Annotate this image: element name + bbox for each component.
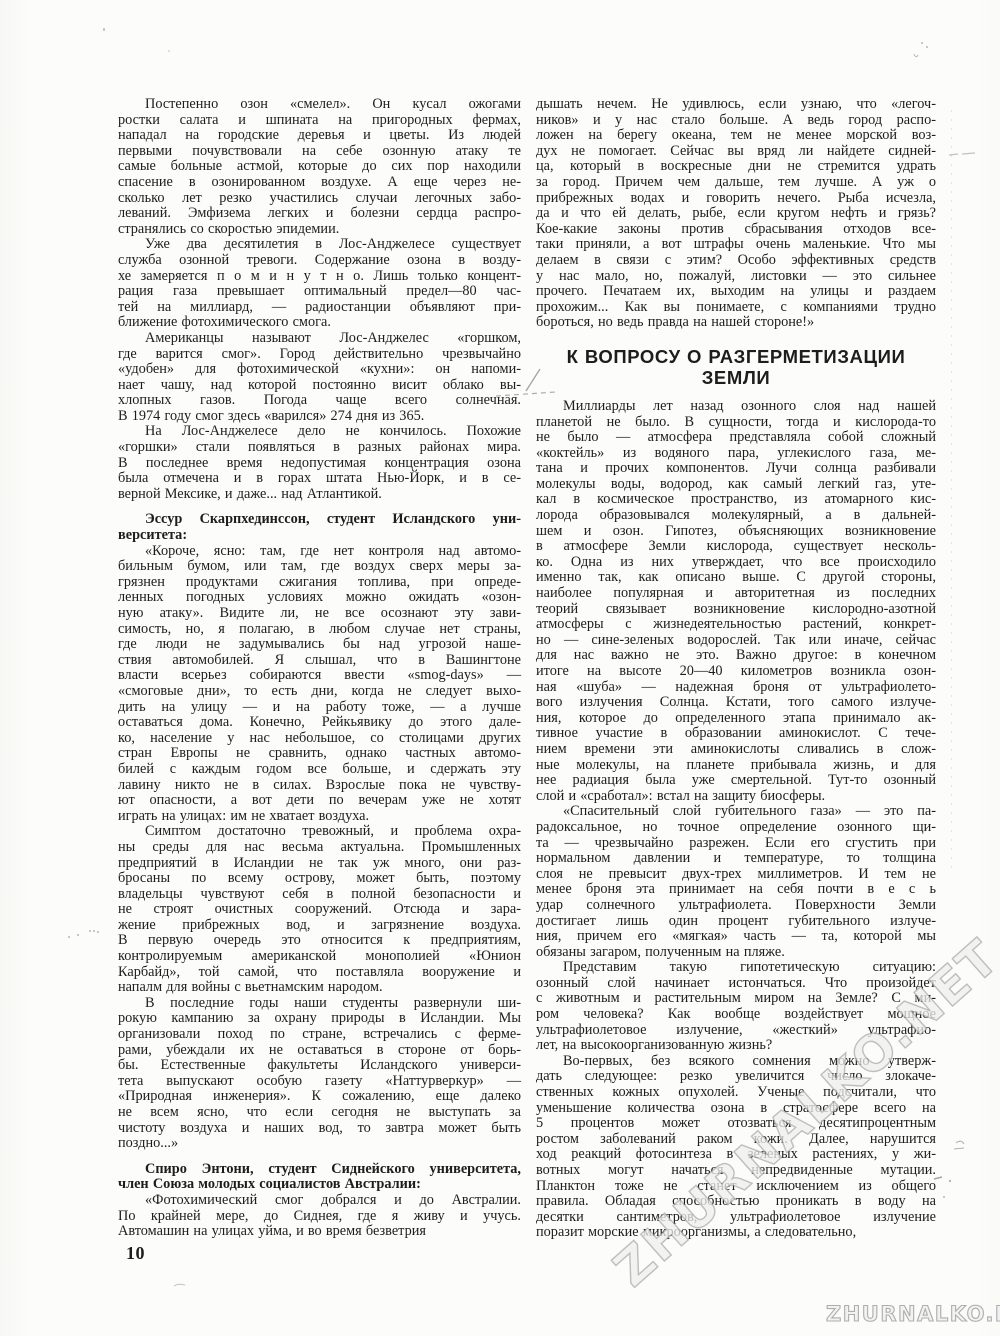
text-line: поразит морские микроорганизмы, а следов…	[536, 1225, 936, 1241]
text-line: дить на улицу — и на работу тоже, — а лу…	[118, 700, 521, 716]
text-line: власти всерьез собираются ввести «smog-d…	[118, 668, 521, 684]
text-line: радоксальное, но точное определение озон…	[536, 820, 936, 836]
text-line: «Природная инженерия». К сожалению, еще …	[118, 1089, 521, 1105]
text-line: контролируемым американской монополией «…	[118, 949, 521, 965]
text-line: тей на миллиард, — радиостанции объявляю…	[118, 300, 521, 316]
text-line: ца, который в воскресные дни не стремитс…	[536, 159, 936, 175]
text-line: Симптом достаточно тревожный, и проблема…	[118, 824, 521, 840]
text-line: предприятий в Исландии не так уж много, …	[118, 856, 521, 872]
text-line: менее броня эта принимает на себя почти …	[536, 882, 936, 898]
paragraph: В последние годы наши студенты развернул…	[118, 996, 521, 1152]
text-line: хе замеряется п о м и н у т н о. Лишь то…	[118, 269, 521, 285]
scan-mark	[948, 150, 978, 158]
scan-speck	[168, 50, 170, 52]
text-line: рация газа превышает оптимальный предел—…	[118, 284, 521, 300]
text-line: ния, которое до определенного этапа прин…	[536, 711, 936, 727]
text-line: достигает лишь один процент губительного…	[536, 914, 936, 930]
scan-mark	[172, 1280, 188, 1290]
text-line: обязаны загаром, полученным на пляже.	[536, 945, 936, 961]
paragraph: Представим такую гипотетическую ситуацию…	[536, 960, 936, 1054]
text-line: слой и «сработал»: встал на защиту биосф…	[536, 789, 936, 805]
text-line: уменьшение количества озона в стратосфер…	[536, 1101, 936, 1117]
text-line: дышать нечем. Не удивлюсь, если узнаю, ч…	[536, 97, 936, 113]
scan-mark	[66, 925, 106, 945]
text-line: Миллиарды лет назад озонного слоя над на…	[536, 399, 936, 415]
text-line: ная «шуба» — надежная броня от ультрафио…	[536, 680, 936, 696]
page-number: 10	[126, 1243, 145, 1264]
text-line: атмосферы с жизнедеятельностью растений,…	[536, 617, 936, 633]
text-line: рами, убеждали их не оставаться в сторон…	[118, 1043, 521, 1059]
text-line: теорий связывает возникновение кислородн…	[536, 602, 936, 618]
text-line: рокую кампанию за охрану природы в Ислан…	[118, 1011, 521, 1027]
paragraph: Американцы называют Лос-Анджелес «горшко…	[118, 331, 521, 425]
text-line: нает чашу, над которой постоянно висит о…	[118, 378, 521, 394]
text-line: Спиро Энтони, студент Сиднейского универ…	[118, 1162, 521, 1178]
scan-edge-noise	[951, 110, 952, 870]
text-line: ют опасности, а вот дети по вечерам уже …	[118, 793, 521, 809]
text-line: ников» и у нас стало больше. А ведь горо…	[536, 113, 936, 129]
text-line: нападал на городские деревья и цветы. Из…	[118, 128, 521, 144]
text-line: ные молекулы, на планете прибывала жизнь…	[536, 758, 936, 774]
text-line: у нас мало, но, пожалуй, листовки — это …	[536, 269, 936, 285]
text-line: не было — атмосфера представляла собой с…	[536, 430, 936, 446]
text-line: член Союза молодых социалистов Австралии…	[118, 1177, 521, 1193]
text-line: ко, население у нас небольшое, со столиц…	[118, 731, 521, 747]
text-line: бороться, но ведь правда на нашей сторон…	[536, 315, 936, 331]
text-line: верной Мексике, и даже... над Атлантикой…	[118, 487, 521, 503]
text-line: В первую очередь это относится к предпри…	[118, 933, 521, 949]
text-line: нием времени эти аминокислоты сливались …	[536, 742, 936, 758]
speaker-intro: Спиро Энтони, студент Сиднейского универ…	[118, 1162, 521, 1193]
text-line: ход реакций фотосинтеза в зеленых растен…	[536, 1147, 936, 1163]
text-line: В последние годы наши студенты развернул…	[118, 996, 521, 1012]
text-line: нормальном давлении и температуре, то то…	[536, 851, 936, 867]
text-line: билей с каждым годом все больше, и сдерж…	[118, 762, 521, 778]
text-line: тана и прочих компонентов. Лучи солнца р…	[536, 461, 936, 477]
text-line: планетой не было. В сущности, тогда и ки…	[536, 415, 936, 431]
text-line: прохожим... Как вы понимаете, с компания…	[536, 300, 936, 316]
text-line: жение прибрежных вод, и загрязнение возд…	[118, 918, 521, 934]
text-line: нее радиация была уже смертельной. Тут-т…	[536, 773, 936, 789]
text-line: была отмечена и в горах штата Нью-Йорк, …	[118, 471, 521, 487]
text-line: ближение фотохимического смога.	[118, 315, 521, 331]
text-line: «смоговые дни», то есть дни, когда не сл…	[118, 684, 521, 700]
text-line: первыми почувствовали на себе озонную ат…	[118, 144, 521, 160]
text-line: кал в космическое пространство, из атома…	[536, 492, 936, 508]
text-line: владельцы чувствуют себя в полной безопа…	[118, 887, 521, 903]
text-line: не строят очистных сооружений. Отсюда и …	[118, 902, 521, 918]
text-line: По крайней мере, до Сиднея, где я живу и…	[118, 1209, 521, 1225]
text-line: вого излучения Солнца. Кстати, того само…	[536, 695, 936, 711]
paragraph: Симптом достаточно тревожный, и проблема…	[118, 824, 521, 996]
text-line: прибрежных водах и говорить нечего. Рыба…	[536, 191, 936, 207]
text-line: Уже два десятилетия в Лос-Анджелесе суще…	[118, 237, 521, 253]
text-line: Карбайд», той самой, что поставляла воор…	[118, 965, 521, 981]
text-line: та — чрезвычайно разрежен. Если его сгус…	[536, 836, 936, 852]
text-line: шем и озон. Гипотез, объясняющих возникн…	[536, 524, 936, 540]
text-line: «Короче, ясно: там, где нет контроля над…	[118, 544, 521, 560]
text-line: симость, но, я полагаю, в любом случае н…	[118, 622, 521, 638]
text-line: 5 процентов может отозваться десятипроце…	[536, 1116, 936, 1132]
text-line: слоя не превысит двух-трех миллиметров. …	[536, 867, 936, 883]
text-line: за город. Причем чем дальше, тем лучше. …	[536, 175, 936, 191]
text-line: в атмосфере Земли кислорода, существует …	[536, 539, 936, 555]
text-line: где варится смог». Город действительно ч…	[118, 347, 521, 363]
text-line: озонный слой начинает истончаться. Что п…	[536, 976, 936, 992]
text-line: «Фотохимический смог добрался и до Австр…	[118, 1193, 521, 1209]
speaker-intro: Эссур Скарпхединссон, студент Исландског…	[118, 512, 521, 543]
paragraph: Уже два десятилетия в Лос-Анджелесе суще…	[118, 237, 521, 331]
text-line: хлопных газов. Погода чаще всего солнечн…	[118, 393, 521, 409]
text-line: вотных могут начаться непредвиденные мут…	[536, 1163, 936, 1179]
text-line: странялись со скоростью эпидемии.	[118, 222, 521, 238]
paragraph: «Фотохимический смог добрался и до Австр…	[118, 1193, 521, 1240]
text-line: спасение в озонированном воздухе. А еще …	[118, 175, 521, 191]
text-line: организовали поход по стране, встречалис…	[118, 1027, 521, 1043]
text-line: бы. Естественные факультеты Исландского …	[118, 1058, 521, 1074]
text-line: ром человека? Как вообще воздействует мо…	[536, 1007, 936, 1023]
text-line: да и что ей делать, рыбе, если кругом не…	[536, 206, 936, 222]
text-line: верситета:	[118, 528, 521, 544]
text-line: На Лос-Анджелесе дело не кончилось. Похо…	[118, 424, 521, 440]
text-line: тивное участие в образовании аминокислот…	[536, 726, 936, 742]
text-line: ны среды для нас весьма актуальна. Промы…	[118, 840, 521, 856]
text-line: дать следующее: резко увеличится число з…	[536, 1069, 936, 1085]
text-line: ко. Одна из них утверждает, что все прои…	[536, 555, 936, 571]
text-line: ультрафиолетовое излучение, «жесткий» ул…	[536, 1023, 936, 1039]
text-line: дух не помогает. Сейчас вы вряд ли найде…	[536, 144, 936, 160]
paragraph: дышать нечем. Не удивлюсь, если узнаю, ч…	[536, 97, 936, 331]
text-line: сколько лет резко участились случаи лего…	[118, 191, 521, 207]
text-line: для нас важно не это. Важно другое: в ко…	[536, 648, 936, 664]
paragraph: Во-первых, без всякого сомнения можно ут…	[536, 1054, 936, 1241]
text-line: «Спасительный слой губительного газа» — …	[536, 804, 936, 820]
text-line: Кое-какие законы против сбрасывания отхо…	[536, 222, 936, 238]
paragraph: «Короче, ясно: там, где нет контроля над…	[118, 544, 521, 825]
text-line: служба озонной тревоги. Содержание озона…	[118, 253, 521, 269]
pencil-mark	[494, 363, 562, 405]
text-line: Американцы называют Лос-Анджелес «горшко…	[118, 331, 521, 347]
text-line: именно так, как описано выше. С другой с…	[536, 570, 936, 586]
text-line: ния, причем его «мягкая» часть — та, кот…	[536, 929, 936, 945]
scan-mark	[908, 38, 934, 62]
text-line: Планктон тоже не станет исключением из о…	[536, 1179, 936, 1195]
text-line: Представим такую гипотетическую ситуацию…	[536, 960, 936, 976]
text-line: К ВОПРОСУ О РАЗГЕРМЕТИЗАЦИИ ЗЕМЛИ	[536, 346, 936, 388]
text-line: ную атаку». Видите ли, не все осознают э…	[118, 606, 521, 622]
right-text-column: дышать нечем. Не удивлюсь, если узнаю, ч…	[536, 97, 936, 1241]
text-line: стран Европы не сравнить, однако частных…	[118, 746, 521, 762]
text-line: итоге на высоте 20—40 километров возникл…	[536, 664, 936, 680]
text-line: В 1974 году смог здесь «варился» 274 дня…	[118, 409, 521, 425]
text-line: десятки сантиметров, ультрафиолетовое из…	[536, 1210, 936, 1226]
text-line: тета выпускают особую газету «Наттурверк…	[118, 1074, 521, 1090]
text-line: играть на улицах: им не хватает воздуха.	[118, 809, 521, 825]
text-line: правила. Обладая способностью проникать …	[536, 1194, 936, 1210]
text-line: ственных кожных опухолей. Ученые подсчит…	[536, 1085, 936, 1101]
text-line: Автомашин на улицах уйма, и во время без…	[118, 1224, 521, 1240]
text-line: бросаны по всему острову, может быть, по…	[118, 871, 521, 887]
text-line: ложен на берегу океана, тем не менее мор…	[536, 128, 936, 144]
text-line: «коктейль» из водяного пара, углекислого…	[536, 446, 936, 462]
section-heading: К ВОПРОСУ О РАЗГЕРМЕТИЗАЦИИ ЗЕМЛИ	[536, 346, 936, 388]
paragraph: На Лос-Анджелесе дело не кончилось. Похо…	[118, 424, 521, 502]
text-line: лет, на высокоорганизованную жизнь?	[536, 1038, 936, 1054]
text-line: Постепенно озон «смелел». Он кусал ожога…	[118, 97, 521, 113]
text-line: ростом заболеваний раком кожи. Далее, на…	[536, 1132, 936, 1148]
scan-speck	[103, 28, 105, 31]
text-line: ленных погодных условиях можно ожидать «…	[118, 590, 521, 606]
text-line: не всем ясно, что если сегодня не выступ…	[118, 1105, 521, 1121]
text-line: лорода образовывался молекулярный, а в д…	[536, 508, 936, 524]
text-line: напалм для войны с вьетнамским народом.	[118, 980, 521, 996]
text-line: ростки салата и шпината на пригородных ф…	[118, 113, 521, 129]
text-line: удар солнечного ультрафиолета. Поверхнос…	[536, 898, 936, 914]
paragraph: «Спасительный слой губительного газа» — …	[536, 804, 936, 960]
text-line: таки приняли, а вот штрафы очень маленьк…	[536, 237, 936, 253]
text-line: «удобен» для фотохимической «кухни»: он …	[118, 362, 521, 378]
text-line: Во-первых, без всякого сомнения можно ут…	[536, 1054, 936, 1070]
text-line: В последнее время недопустимая концентра…	[118, 456, 521, 472]
left-text-column: Постепенно озон «смелел». Он кусал ожога…	[118, 97, 521, 1240]
text-line: грязнен продуктами сжигания топлива, при…	[118, 575, 521, 591]
text-line: оставаться дома. Конечно, Рейкьявику до …	[118, 715, 521, 731]
text-line: с животным и растительным миром на Земле…	[536, 991, 936, 1007]
text-line: ствия автомобилей. Я слышал, что в Вашин…	[118, 653, 521, 669]
text-line: прочего. Печатаем их, выходим на улицы и…	[536, 284, 936, 300]
text-line: чистоту воздуха и наших вод, то завтра м…	[118, 1121, 521, 1137]
text-line: молекулы воды, водород, как самый легкий…	[536, 477, 936, 493]
text-line: но — сине-зеленых водорослей. Так или ин…	[536, 633, 936, 649]
text-line: «горшки» стали появляться в разных район…	[118, 440, 521, 456]
text-line: самые больные астмой, которые до сих пор…	[118, 159, 521, 175]
text-line: где люди не задумывались бы над угрозой …	[118, 637, 521, 653]
paragraph: Постепенно озон «смелел». Он кусал ожога…	[118, 97, 521, 237]
text-line: наиболее популярная и авторитетная из по…	[536, 586, 936, 602]
text-line: бильным бумом, или там, где воздух сверх…	[118, 559, 521, 575]
text-line: Эссур Скарпхединссон, студент Исландског…	[118, 512, 521, 528]
text-line: делаем в связи с этим? Особо эффективных…	[536, 253, 936, 269]
paragraph: Миллиарды лет назад озонного слоя над на…	[536, 399, 936, 804]
text-line: поздно...»	[118, 1136, 521, 1152]
scan-mark	[930, 1135, 970, 1205]
text-line: леваний. Эмфизема легких и болезни сердц…	[118, 206, 521, 222]
text-line: лавину никто не в силах. Взрослые пока н…	[118, 778, 521, 794]
